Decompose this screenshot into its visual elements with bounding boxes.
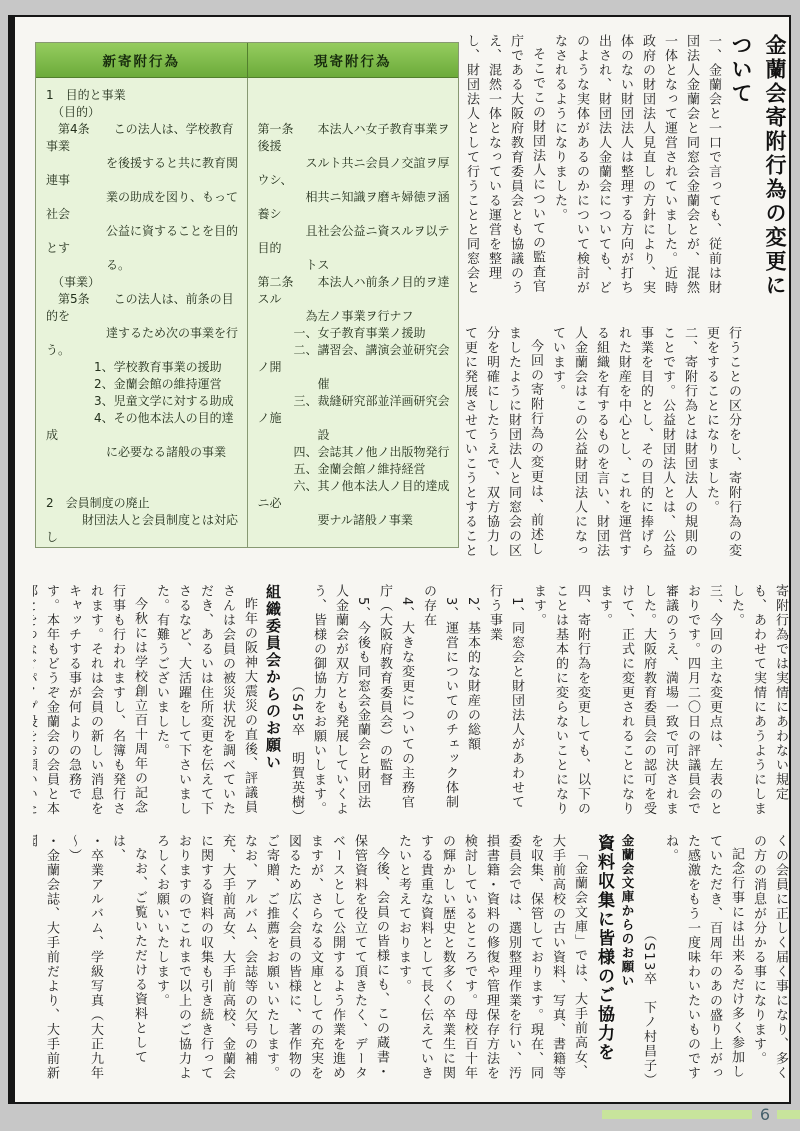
- article-paragraph: 行うことの区分をし、寄附行為の変更をすることになりました。: [700, 326, 744, 566]
- unchanged-item: 4、大きな変更についての主務官庁（大阪府教育委員会）の監督: [373, 584, 417, 824]
- unchanged-item: 3、運営についてのチェック体制の存在: [417, 584, 461, 824]
- table-column-current: 第一条 本法人ハ女子教育事業ヲ後援 スルト共ニ会員ノ交誼ヲ厚ウシ、 相共ニ知識ヲ…: [248, 78, 459, 547]
- table-column-new: 1 目的と事業 （目的） 第4条 この法人は、学校教育事業 を後援すると共に教育…: [36, 78, 248, 547]
- table-header-new: 新寄附行為: [36, 43, 248, 77]
- article-paragraph: 二、寄附行為とは財団法人の規則のことです。公益財団法人とは、公益事業を目的とし、…: [546, 326, 700, 566]
- bunko-list-item: ・卒業アルバム、学級写真（大正九年～）: [62, 834, 106, 1088]
- footer-accent-bar: [777, 1110, 800, 1119]
- bunko-heading-small: 金蘭会文庫からのお願い: [617, 834, 637, 1088]
- article-paragraph: 寄附行為では実情にあわない規定も、あわせて実情にあうようにしました。: [725, 584, 791, 824]
- committee-paragraph: 記念行事には出来るだけ多く参加していただき、百周年のあの盛り上がった感激をもう一…: [659, 834, 747, 1088]
- document-page: 新寄附行為 現寄附行為 1 目的と事業 （目的） 第4条 この法人は、学校教育事…: [0, 0, 800, 1131]
- article-title: 金蘭会寄附行為の変更について: [724, 34, 792, 306]
- unchanged-item: 5、今後も同窓会金蘭会と財団法人金蘭会が双方とも発展していくよう、皆様の御協力を…: [307, 584, 373, 824]
- article-paragraph: 今回の寄附行為の変更は、前述しましたように財団法人と同窓会の区分を明確にしたうえ…: [460, 326, 546, 566]
- bunko-paragraph: 「金蘭会文庫」では、大手前高女、大手前高校の古い資料、写真、書籍等を収集、保管し…: [392, 834, 590, 1088]
- page-frame-left: [8, 15, 15, 1104]
- footer-accent-bar: [602, 1110, 752, 1119]
- table-header-current: 現寄附行為: [248, 43, 459, 77]
- table-header-row: 新寄附行為 現寄附行為: [36, 43, 458, 78]
- article-paragraph: 一、金蘭会と一口で言っても、従前は財団法人金蘭会と同窓会金蘭会とが、混然一体とな…: [548, 34, 724, 306]
- organizing-committee-heading: 組織委員会からのお願い: [260, 584, 285, 824]
- unchanged-item: 2、基本的な財産の総額: [461, 584, 483, 824]
- table-body: 1 目的と事業 （目的） 第4条 この法人は、学校教育事業 を後援すると共に教育…: [36, 78, 458, 547]
- unchanged-item: 1、同窓会と財団法人があわせて行う事業: [483, 584, 527, 824]
- article-third-band: 寄附行為では実情にあわない規定も、あわせて実情にあうようにしました。 三、今回の…: [33, 584, 791, 824]
- article-signature: （S45卒 明賀英樹）: [285, 584, 307, 824]
- bottom-band: くの会員に正しく届く事になり、多くの方の消息が分かる事になります。 記念行事には…: [33, 834, 791, 1088]
- article-paragraph: そこでこの財団法人についての監査官庁である大阪府教育委員会とも協議のうえ、混然一…: [460, 34, 548, 306]
- page-frame-bottom: [8, 1102, 791, 1104]
- page-frame-top: [8, 15, 791, 17]
- committee-paragraph: 今秋には学校創立百十周年の記念行事も行われますし、名簿も発行されます。それは会員…: [33, 584, 150, 824]
- bunko-heading-large: 資料収集に皆様のご協力を: [590, 834, 617, 1088]
- article-paragraph: 三、今回の主な変更点は、左表のとおりです。四月二〇日の評議員会で審議のうえ、満場…: [593, 584, 725, 824]
- committee-signature: （S13卒 下ノ村昌子）: [637, 834, 659, 1088]
- bunko-list-item: ・金蘭会誌、大手前だより、大手前新聞: [33, 834, 62, 1088]
- bunko-paragraph: なお、ご覧いただける資料としては、: [106, 834, 150, 1088]
- member-note-continued: くの会員に正しく届く事になり、多くの方の消息が分かる事になります。: [747, 834, 791, 1088]
- bunko-paragraph: 今後、会員の皆様にも、この蔵書・保管資料を役立てて頂きたく、データベースとして公…: [150, 834, 392, 1088]
- article-second-band: 行うことの区分をし、寄附行為の変更をすることになりました。 二、寄附行為とは財団…: [460, 326, 744, 566]
- endowment-comparison-table: 新寄附行為 現寄附行為 1 目的と事業 （目的） 第4条 この法人は、学校教育事…: [35, 42, 459, 548]
- article-paragraph: 四、寄附行為を変更しても、以下のことは基本的に変らないことになります。: [527, 584, 593, 824]
- committee-paragraph: 昨年の阪神大震災の直後、評議員さんは会員の被災状況を調べていただき、あるいは住所…: [150, 584, 260, 824]
- article-intro-band: 金蘭会寄附行為の変更について 一、金蘭会と一口で言っても、従前は財団法人金蘭会と…: [460, 34, 792, 306]
- page-number: 6: [753, 1102, 777, 1126]
